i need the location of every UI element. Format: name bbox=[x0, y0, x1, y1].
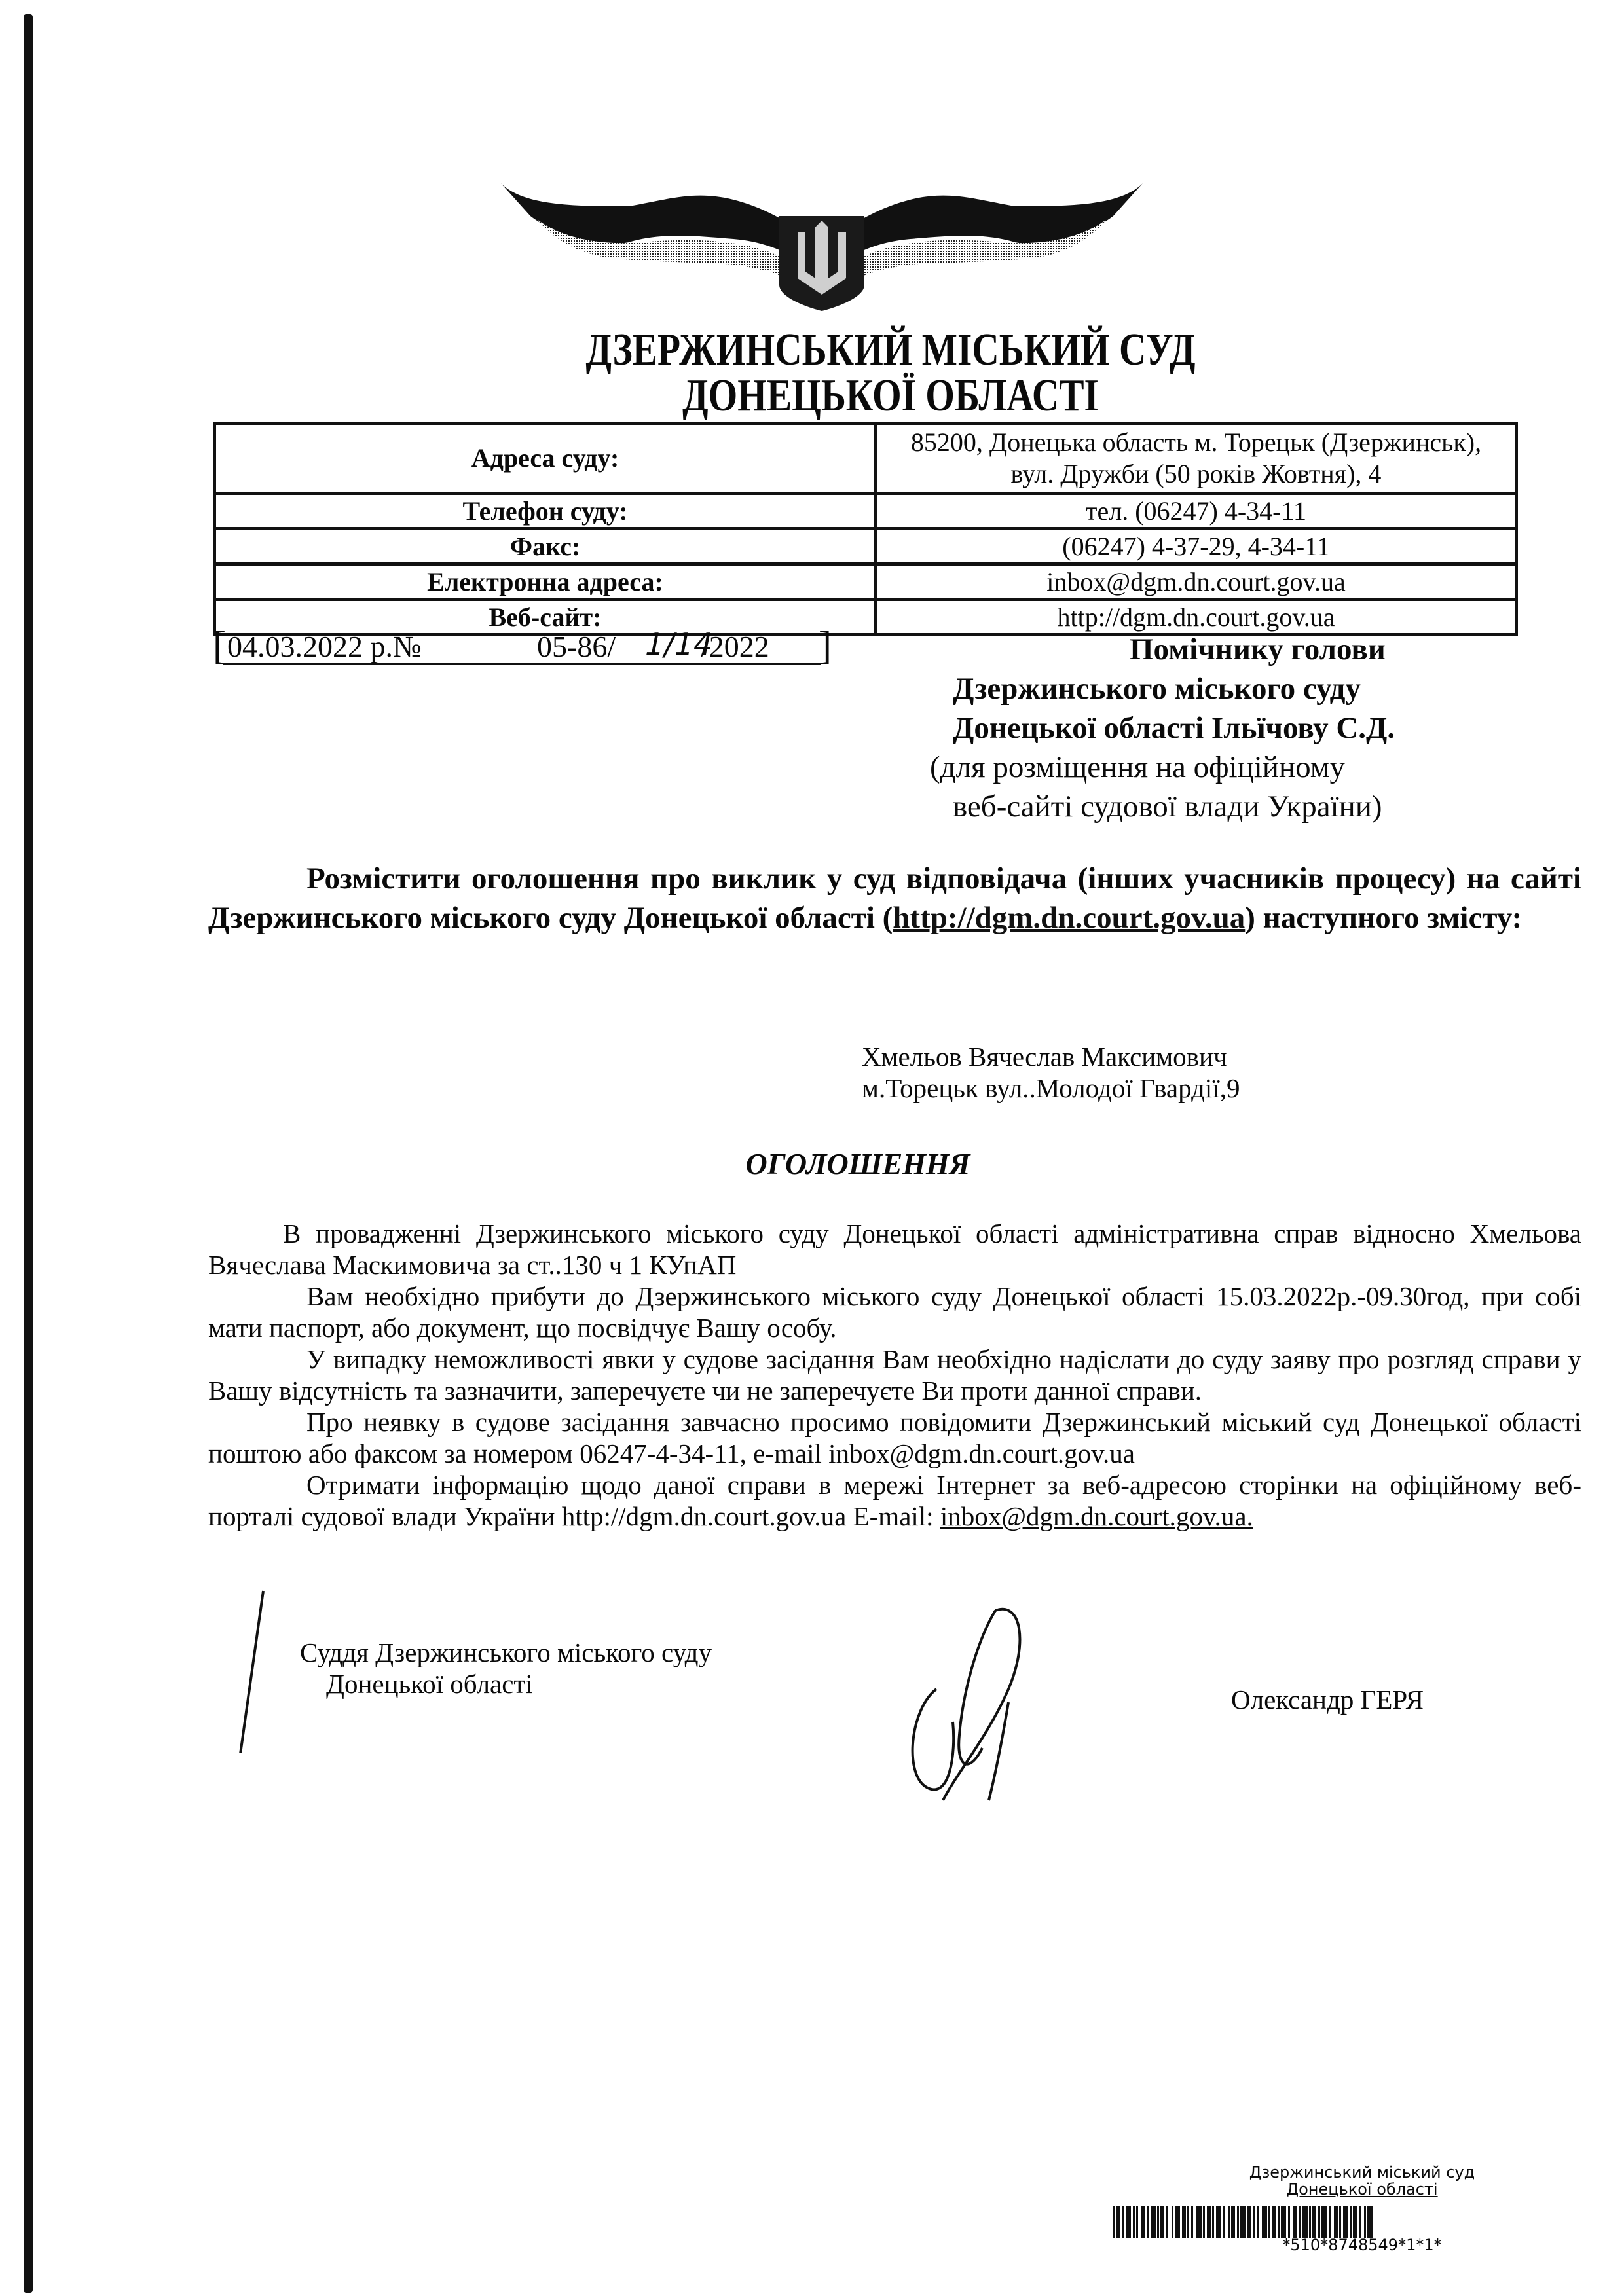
online-info-text: Отримати інформацію щодо даної справи в … bbox=[208, 1470, 1581, 1531]
address-value: 85200, Донецька область м. Торецьк (Дзер… bbox=[876, 424, 1517, 494]
court-website-link[interactable]: http://dgm.dn.court.gov.ua bbox=[893, 901, 1245, 935]
stamp-line1: Дзержинський міський суд bbox=[1113, 2164, 1611, 2181]
registration-number-prefix: 05-86/ bbox=[537, 629, 616, 665]
registration-number-suffix: /2022 bbox=[701, 629, 769, 665]
margin-pen-line bbox=[239, 1591, 265, 1753]
fax-value: (06247) 4-37-29, 4-34-11 bbox=[876, 529, 1517, 564]
addressee-line: Помічнику голови bbox=[953, 630, 1581, 669]
recipient-name: Хмельов Вячеслав Максимович bbox=[862, 1041, 1240, 1072]
announcement-paragraph: Вам необхідно прибути до Дзержинського м… bbox=[208, 1281, 1581, 1343]
handwritten-signature-icon bbox=[897, 1604, 1048, 1820]
announcement-paragraph: Про неявку в судове засідання завчасно п… bbox=[208, 1406, 1581, 1469]
email-label: Електронна адреса: bbox=[215, 564, 876, 600]
table-row-address: Адреса суду: 85200, Донецька область м. … bbox=[215, 424, 1517, 494]
recipient-block: Хмельов Вячеслав Максимович м.Торецьк ву… bbox=[862, 1041, 1240, 1104]
email-value: inbox@dgm.dn.court.gov.ua bbox=[876, 564, 1517, 600]
addressee-note: веб-сайті судової влади України) bbox=[953, 787, 1581, 826]
court-contact-table: Адреса суду: 85200, Донецька область м. … bbox=[213, 422, 1518, 636]
bracket-open: [ bbox=[213, 626, 226, 665]
table-row-email: Електронна адреса: inbox@dgm.dn.court.go… bbox=[215, 564, 1517, 600]
court-stamp-label: Дзержинський міський суд Донецької облас… bbox=[1113, 2164, 1611, 2198]
addressee-line: Дзержинського міського суду bbox=[953, 669, 1581, 708]
address-value-line2: вул. Дружби (50 років Жовтня), 4 bbox=[884, 458, 1508, 490]
addressee-line: Донецької області Ільїчову С.Д. bbox=[953, 708, 1581, 748]
barcode-number: *510*8748549*1*1* bbox=[1113, 2236, 1611, 2253]
table-row-phone: Телефон суду: тел. (06247) 4-34-11 bbox=[215, 494, 1517, 529]
addressee-block: Помічнику голови Дзержинського міського … bbox=[953, 630, 1581, 826]
signer-position: Суддя Дзержинського міського суду Донець… bbox=[300, 1637, 712, 1700]
signer-position-line1: Суддя Дзержинського міського суду bbox=[300, 1637, 712, 1668]
registration-number-line: [ 04.03.2022 р.№ 05-86/ 1/14 /2022 ] bbox=[213, 627, 832, 666]
signer-name: Олександр ГЕРЯ bbox=[1231, 1684, 1424, 1715]
phone-label: Телефон суду: bbox=[215, 494, 876, 529]
court-title-line1: ДЗЕРЖИНСЬКИЙ МІСЬКИЙ СУД bbox=[225, 327, 1557, 373]
fax-label: Факс: bbox=[215, 529, 876, 564]
bracket-close: ] bbox=[819, 626, 832, 665]
phone-value: тел. (06247) 4-34-11 bbox=[876, 494, 1517, 529]
registration-date: 04.03.2022 р.№ bbox=[227, 629, 422, 665]
announcement-paragraph: У випадку неможливості явки у судове зас… bbox=[208, 1343, 1581, 1406]
court-email-link[interactable]: inbox@dgm.dn.court.gov.ua. bbox=[940, 1501, 1253, 1531]
intro-text-end: ) наступного змісту: bbox=[1245, 901, 1522, 935]
announcement-paragraph: В провадженні Дзержинського міського суд… bbox=[208, 1218, 1581, 1281]
recipient-address: м.Торецьк вул..Молодої Гвардії,9 bbox=[862, 1072, 1240, 1104]
registration-underline bbox=[223, 663, 821, 665]
table-row-fax: Факс: (06247) 4-37-29, 4-34-11 bbox=[215, 529, 1517, 564]
address-label: Адреса суду: bbox=[215, 424, 876, 494]
barcode-icon bbox=[1113, 2206, 1585, 2238]
publication-request: Розмістити оголошення про виклик у суд в… bbox=[208, 859, 1581, 938]
announcement-paragraph-online: Отримати інформацію щодо даної справи в … bbox=[208, 1469, 1581, 1532]
stamp-line2: Донецької області bbox=[1113, 2181, 1611, 2198]
coat-of-arms-emblem-icon bbox=[498, 180, 1146, 311]
addressee-note: (для розміщення на офіційному bbox=[930, 748, 1581, 787]
court-title-line2: ДОНЕЦЬКОЇ ОБЛАСТІ bbox=[225, 373, 1557, 419]
signer-position-line2: Донецької області bbox=[300, 1668, 712, 1700]
announcement-body: В провадженні Дзержинського міського суд… bbox=[208, 1218, 1581, 1532]
address-value-line1: 85200, Донецька область м. Торецьк (Дзер… bbox=[884, 427, 1508, 458]
announcement-title: ОГОЛОШЕННЯ bbox=[0, 1146, 1624, 1182]
